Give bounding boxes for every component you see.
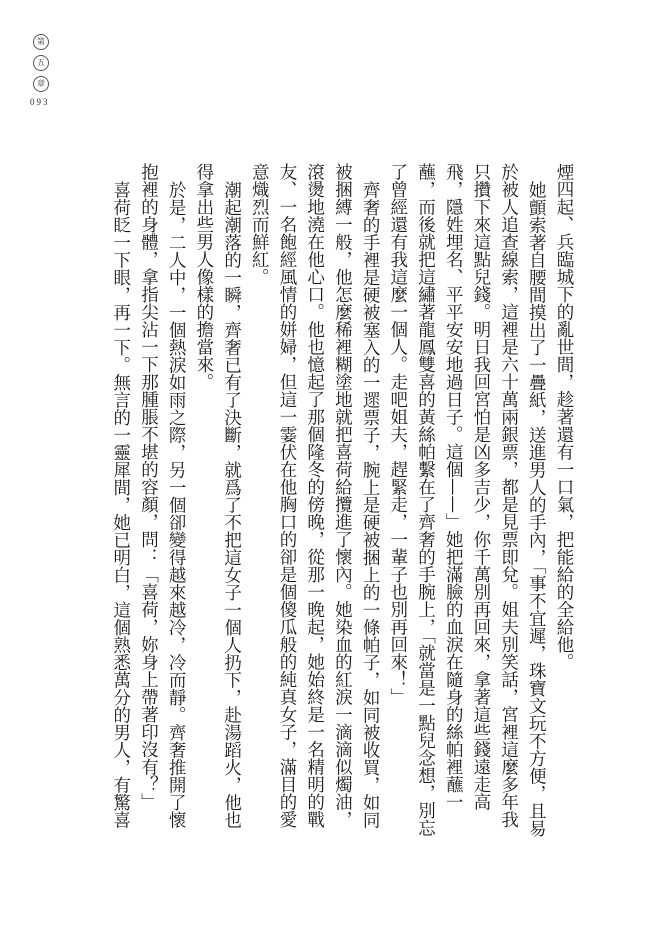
paragraph-5: 於是，二人中，一個熱淚如雨之際，另一個卻變得越來越冷，冷而靜。齊奢推開了懷抱裡的…	[134, 163, 189, 843]
paragraph-2: 她顫索著自腰間摸出了一疊紙，送進男人的手內，「事不宜遲，珠寶文玩不方便，且易於被…	[383, 163, 549, 843]
chapter-marker: 第 五 章	[33, 34, 49, 97]
paragraph-3: 齊奢的手裡是硬被塞入的一遝票子，腕上是硬被捆上的一條帕子，如同被收買，如同被捆縛…	[245, 163, 384, 843]
paragraph-1: 煙四起、兵臨城下的亂世間，趁著還有一口氣，把能給的全給他。	[549, 163, 577, 843]
chapter-char-1: 第	[33, 34, 49, 50]
chapter-char-3: 章	[33, 76, 49, 92]
chapter-char-2: 五	[33, 55, 49, 71]
paragraph-6: 喜荷眨一下眼，再一下。無言的一靈犀間，她已明白，這個熟悉萬分的男人，有驚喜	[106, 163, 134, 843]
page-number: 093	[30, 97, 50, 107]
paragraph-4: 潮起潮落的一瞬，齊奢已有了決斷，就爲了不把這女子一個人扔下，赴湯蹈火，他也得拿出…	[189, 163, 244, 843]
body-text: 煙四起、兵臨城下的亂世間，趁著還有一口氣，把能給的全給他。 她顫索著自腰間摸出了…	[106, 163, 577, 843]
